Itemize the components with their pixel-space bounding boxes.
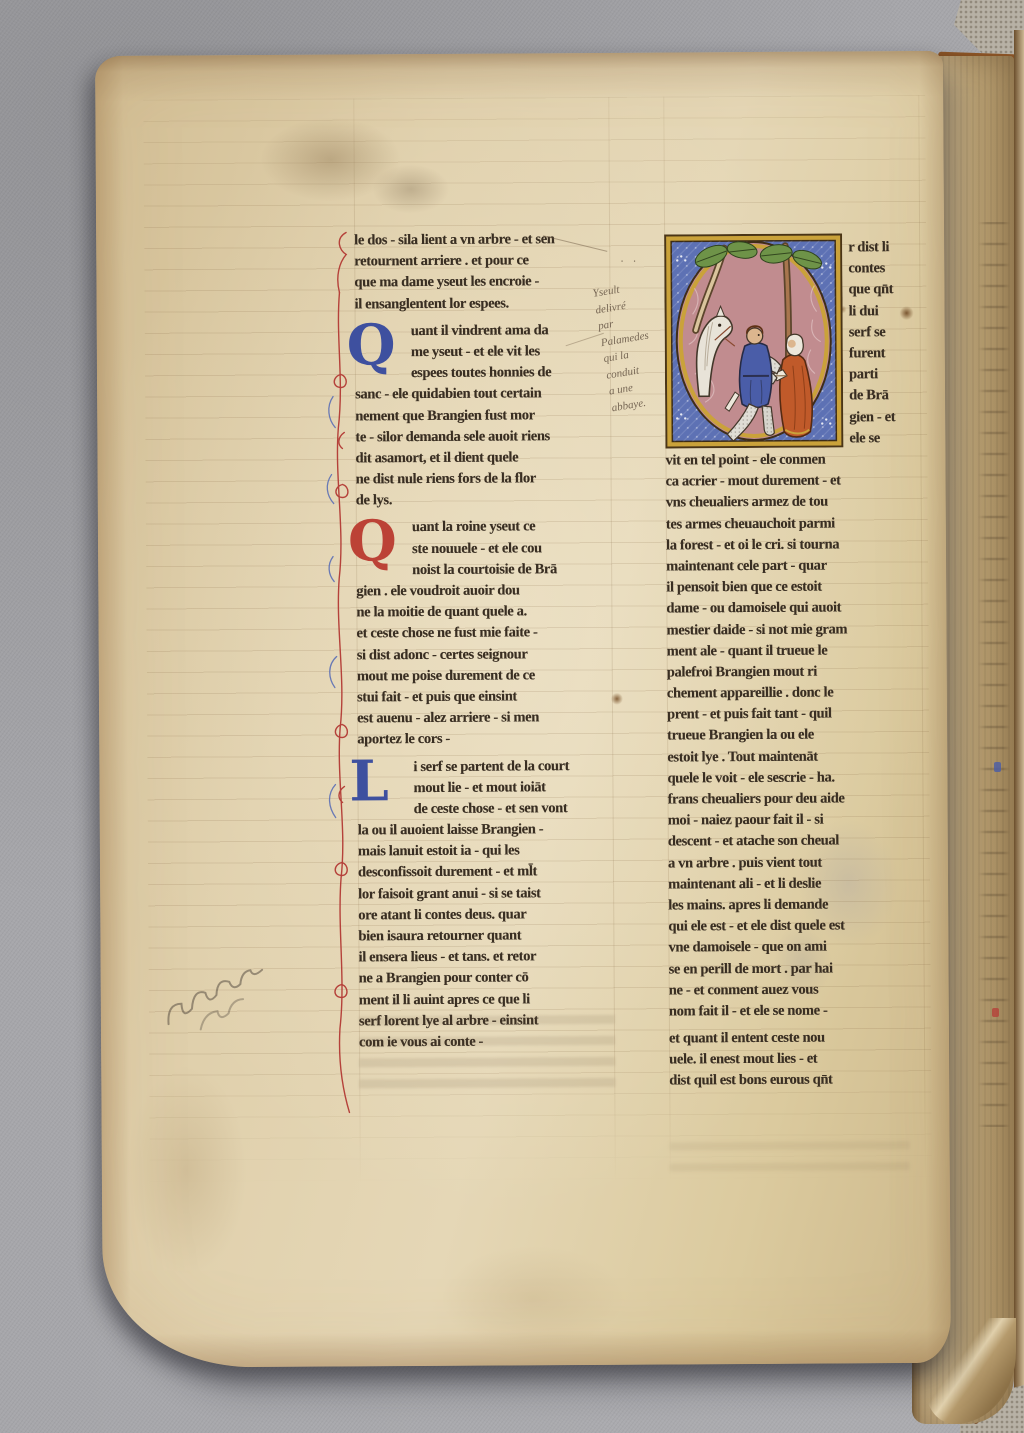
text-line: gien . ele voudroit auoir dou <box>356 580 612 603</box>
text-line: uant il vindrent ama da <box>411 320 611 342</box>
illuminated-initial-Q-red: Q <box>348 512 397 572</box>
text-line: si dist adonc - certes seignour <box>357 643 613 666</box>
miniature-knight-freeing-lady <box>664 233 843 448</box>
text-line: maintenant ali - et li deslie <box>668 873 924 896</box>
text-line: de ceste chose - et sen vont <box>414 798 614 820</box>
text-line: maintenant cele part - quar <box>666 555 922 578</box>
pen-trial-scribble <box>132 891 318 1058</box>
text-line: de Brā <box>849 385 895 406</box>
text-line: la forest - et oi le cri. si tourna <box>666 534 922 557</box>
paragraph: L i serf se partent de la courtmout lie … <box>357 755 615 1053</box>
text-line: mout lie - et mout ioiāt <box>413 777 613 799</box>
margin-note-marks: · · <box>620 256 639 268</box>
text-line: que qn̄t <box>848 279 894 300</box>
text-line: les mains. apres li demande <box>668 894 924 917</box>
text-line: vns cheualiers armez de tou <box>666 491 922 514</box>
text-line: sanc - ele quidabien tout certain <box>355 383 611 406</box>
text-line: ca acrier - mout durement - et <box>666 470 922 493</box>
text-line: la ou il auoient laisse Brangien - <box>358 819 614 842</box>
text-line: moi - naiez paour fait il - si <box>668 809 924 832</box>
next-folio-blue-initial-glimpse <box>994 762 1001 772</box>
text-line: ment il li auint apres ce que li <box>359 988 615 1011</box>
text-line: aportez le cors - <box>357 728 613 751</box>
text-line: ele se <box>849 428 895 449</box>
text-line: contes <box>848 258 894 279</box>
text-line: espees toutes honnies de <box>411 362 611 384</box>
text-line: ne dist nule riens fors de la flor <box>356 468 612 491</box>
text-line: se en perill de mort . par hai <box>669 957 925 980</box>
text-line: r dist li <box>848 237 894 258</box>
next-folio-text-glimpse <box>978 222 1010 1127</box>
paragraph: Q uant il vindrent ama dame yseut - et e… <box>355 320 612 512</box>
text-line: stui fait - et puis que einsint <box>357 686 613 709</box>
text-line: nement que Brangien fust mor <box>355 404 611 427</box>
text-line: quele le voit - ele sescrie - ha. <box>667 767 923 790</box>
text-line: que ma dame yseut les encroie - <box>354 271 610 294</box>
text-line: dame - ou damoisele qui auoit <box>666 597 922 620</box>
manuscript-page: le dos - sila lient a vn arbre - et senr… <box>95 51 951 1368</box>
text-line: parti <box>849 364 895 385</box>
text-line: il ensera lieus - et tans. et retor <box>358 946 614 969</box>
text-line: mestier daide - si not mie gram <box>666 618 922 641</box>
text-line: mais lanuit estoit ia - qui les <box>358 840 614 863</box>
lines-beside-miniature: r dist licontesque qn̄tli duiserf sefure… <box>848 237 895 449</box>
text-line: te - silor demanda sele auoit riens <box>355 426 611 449</box>
text-line: qui ele est - et ele dist quele est <box>668 915 924 938</box>
text-line: chement appareillie . donc le <box>667 682 923 705</box>
text-line: uant la roine yseut ce <box>412 516 612 538</box>
illuminated-initial-Q-blue: Q <box>347 315 396 375</box>
text-line: il pensoit bien que ce estoit <box>666 576 922 599</box>
text-line: dist quil est bons eurous qn̄t <box>669 1069 925 1092</box>
text-column-right: r dist licontesque qn̄tli duiserf sefure… <box>664 227 925 1092</box>
text-line: gien - et <box>849 407 895 428</box>
illuminated-initial-L-blue: L <box>349 751 388 811</box>
text-line: ne a Brangien pour conter cō <box>359 967 615 990</box>
text-line: le dos - sila lient a vn arbre - et sen <box>354 229 610 252</box>
text-line: ore atant li contes deus. quar <box>358 904 614 927</box>
text-line: est auenu - alez arriere - si men <box>357 707 613 730</box>
text-line: et quant il entent ceste nou <box>669 1027 925 1050</box>
text-line: et ceste chose ne fust mie faite - <box>356 622 612 645</box>
text-line: frans cheualiers pour deu aide <box>667 788 923 811</box>
text-line: prent - et puis fait tant - quil <box>667 703 923 726</box>
next-folio-red-initial-glimpse <box>992 1008 999 1017</box>
historiated-initial-O-miniature <box>664 233 843 448</box>
text-line: descent - et atache son cheual <box>668 830 924 853</box>
text-line: a vn arbre . puis vient tout <box>668 852 924 875</box>
text-line: desconfissoit durement - et ml̄t <box>358 861 614 884</box>
text-line: vne damoisele - que on ami <box>668 936 924 959</box>
verso-show-through <box>359 1015 615 1089</box>
text-column-left: le dos - sila lient a vn arbre - et senr… <box>354 229 615 1054</box>
text-line: trueue Brangien la ou ele <box>667 724 923 747</box>
text-line: nom fait il - et ele se nome - <box>669 1000 925 1023</box>
text-line: furent <box>849 343 895 364</box>
text-line: tes armes cheuauchoit parmi <box>666 513 922 536</box>
photograph-of-manuscript: { "folio": { "left_column": { "para1_lin… <box>0 0 1024 1433</box>
text-line: i serf se partent de la court <box>413 755 613 777</box>
text-line: serf se <box>849 322 895 343</box>
text-line: li dui <box>849 301 895 322</box>
text-line: vit en tel point - ele conmen <box>665 449 921 472</box>
text-line: noist la courtoisie de Brā <box>412 559 612 581</box>
text-line: lor faisoit grant anui - si se taist <box>358 882 614 905</box>
text-line: bien isaura retourner quant <box>358 925 614 948</box>
text-line: ment ale - quant il trueue le <box>667 640 923 663</box>
page-stack-edge <box>1014 30 1024 1420</box>
paragraph: Q uant la roine yseut ceste nouuele - et… <box>356 516 613 751</box>
text-line: palefroi Brangien mout ri <box>667 661 923 684</box>
text-line: dit asamort, et il dient quele <box>355 447 611 470</box>
verso-show-through-2 <box>670 1141 910 1182</box>
text-line: me yseut - et ele vit les <box>411 341 611 363</box>
text-line: uele. il enest mout lies - et <box>669 1048 925 1071</box>
text-line: mout me poise durement de ce <box>357 665 613 688</box>
text-line: ne - et conment auez vous <box>669 979 925 1002</box>
text-line: retournent arriere . et pour ce <box>354 250 610 273</box>
text-line: ne la moitie de quant quele a. <box>356 601 612 624</box>
text-line: ste nouuele - et ele cou <box>412 537 612 559</box>
text-line: estoit lye . Tout maintenāt <box>667 746 923 769</box>
